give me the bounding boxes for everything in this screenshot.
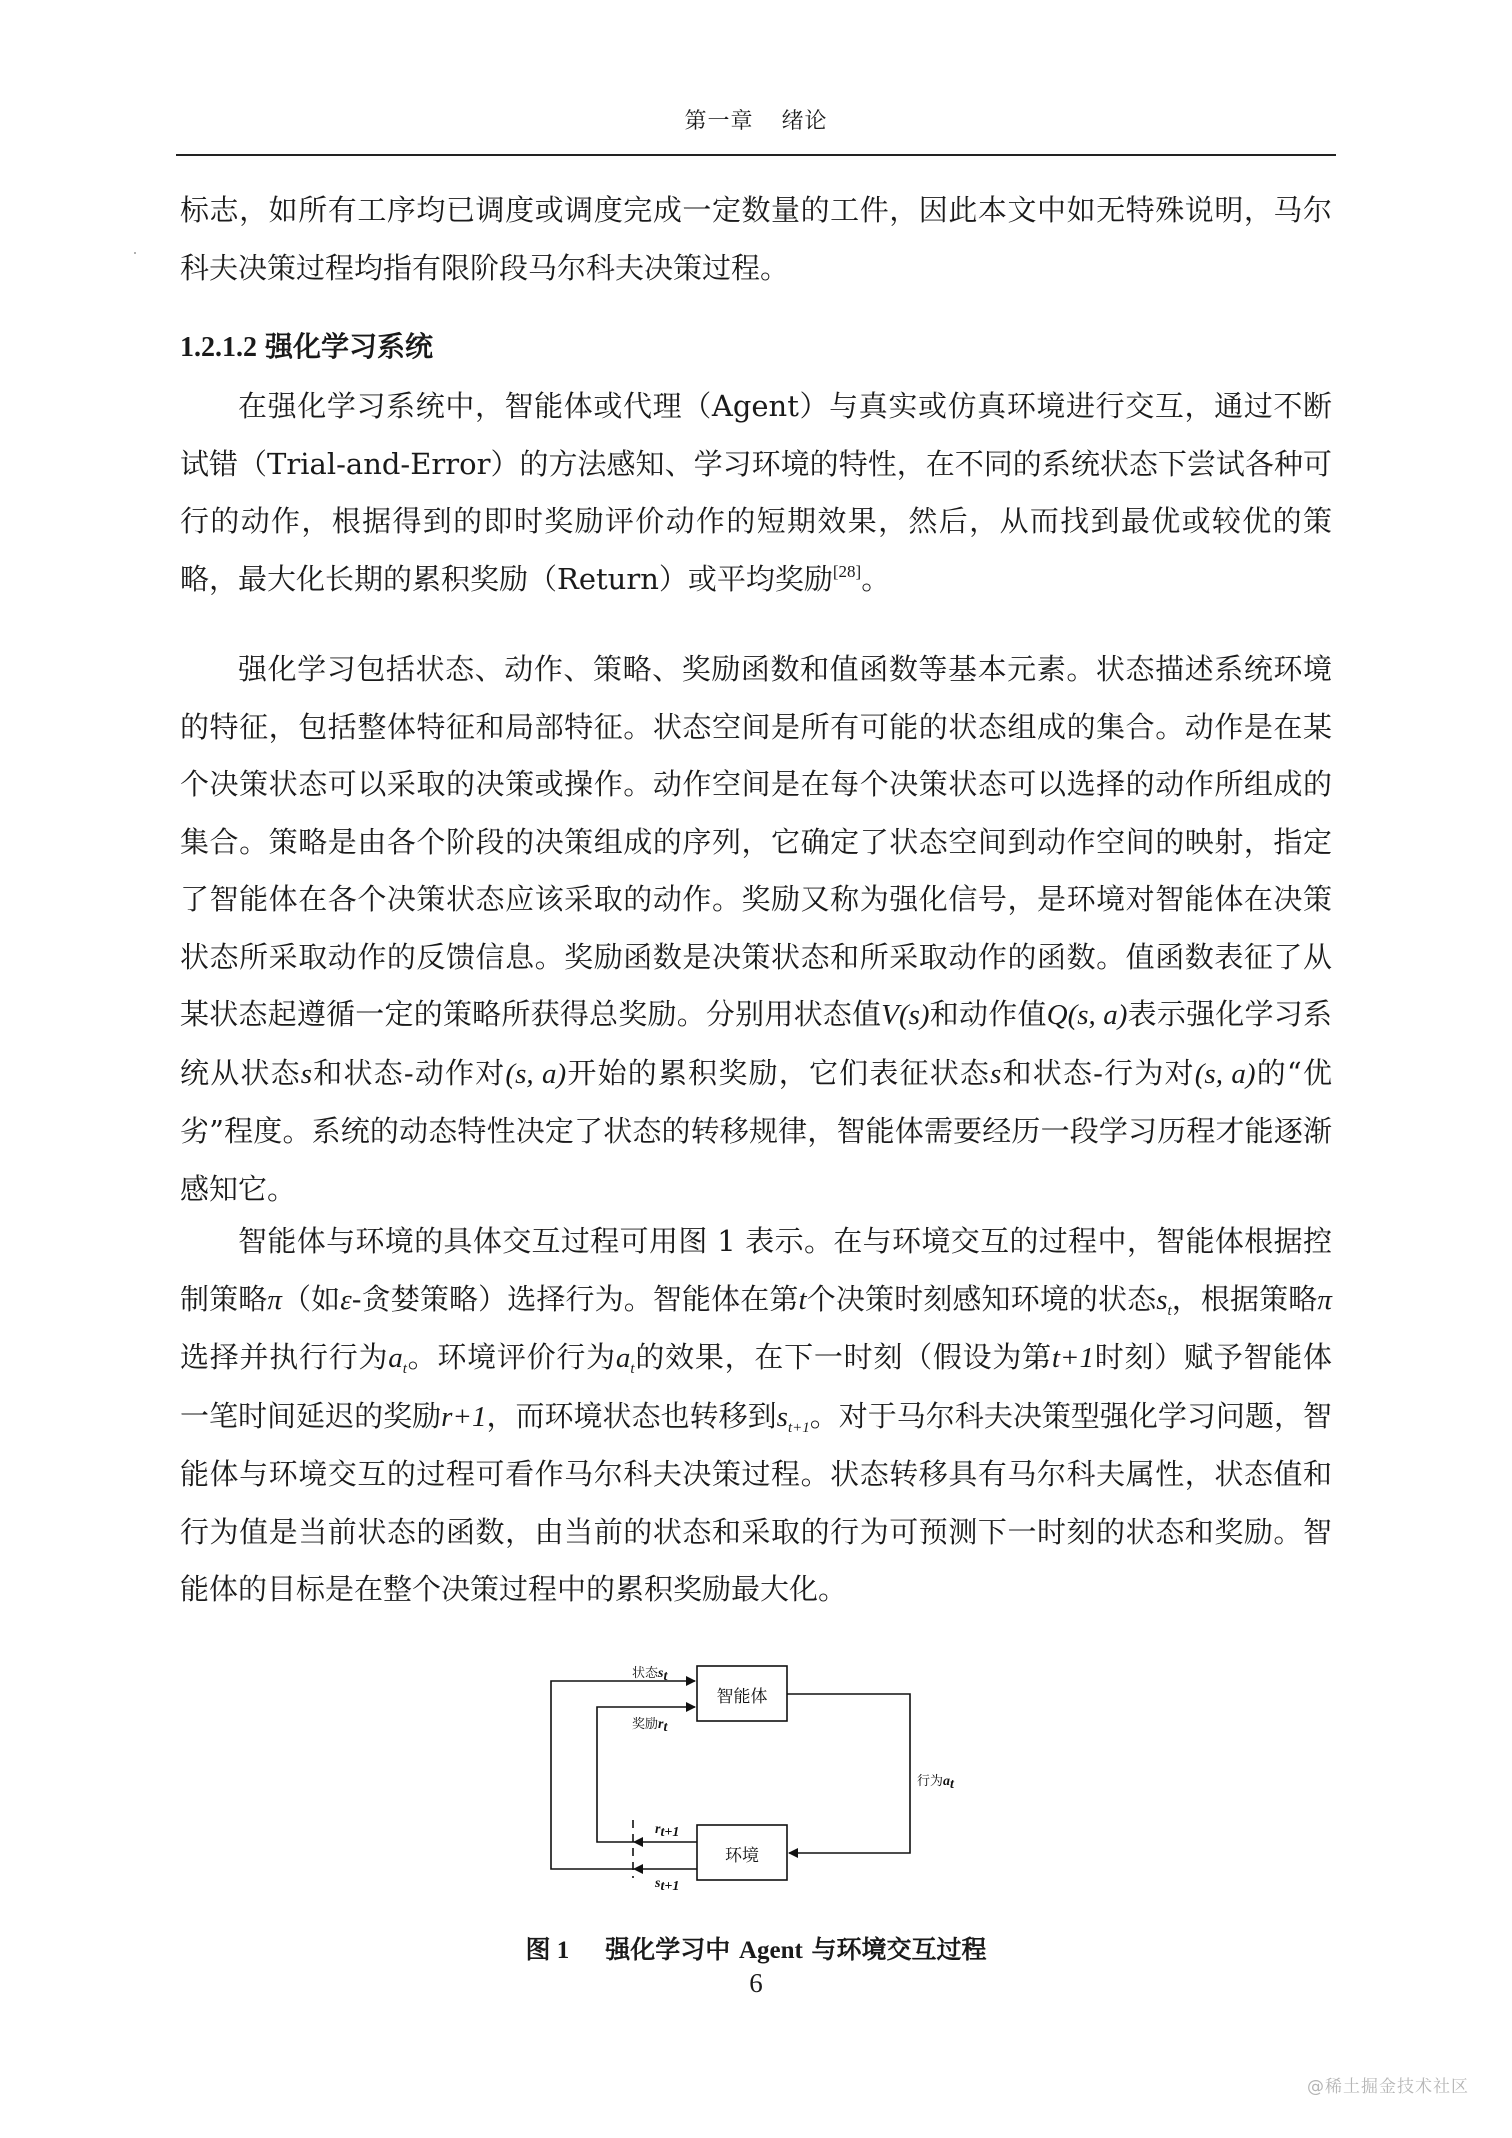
paragraph-text: 标志，如所有工序均已调度或调度完成一定数量的工件，因此本文中如无特殊说明，马尔科… (180, 182, 1332, 297)
caption-text: 强化学习中 (605, 1935, 730, 1964)
math-symbol: a (388, 1342, 403, 1374)
paragraph-text: 智能体与环境的具体交互过程可用图 1 表示。在与环境交互的过程中，智能体根据控制… (180, 1213, 1332, 1619)
environment-box (697, 1825, 787, 1880)
math-t: t (799, 1284, 807, 1316)
math-t-plus-1: t+1 (1052, 1342, 1094, 1374)
text-run: ，根据策略 (1172, 1282, 1318, 1316)
reward-arrow (597, 1707, 697, 1842)
math-symbol: a (616, 1342, 631, 1374)
math-symbol: s (1156, 1284, 1167, 1316)
math-state-value: V(s) (881, 999, 929, 1031)
figure-caption: 图 1强化学习中 Agent 与环境交互过程 (180, 1930, 1332, 1966)
section-number: 1.2.1.2 (180, 332, 257, 363)
math-epsilon: ε (340, 1284, 351, 1316)
math-r-plus-1: r+1 (441, 1401, 486, 1433)
math-a-t: at (616, 1342, 635, 1374)
text-run: 在强化学习系统中，智能体或代理（Agent）与真实或仿真环境进行交互，通过不断试… (180, 389, 1332, 596)
math-symbol: s (777, 1401, 788, 1433)
text-run: 和状态-动作对 (312, 1056, 505, 1090)
text-run: -贪婪策略）选择行为。智能体在第 (352, 1282, 799, 1316)
math-state-action-pair: (s, a) (505, 1058, 566, 1090)
paragraph-rl-system: 在强化学习系统中，智能体或代理（Agent）与真实或仿真环境进行交互，通过不断试… (180, 378, 1332, 608)
math-action-value: Q(s, a) (1047, 999, 1128, 1031)
action-label: 行为at (917, 1770, 954, 1790)
figure-number: 图 1 (525, 1937, 569, 1964)
text-run: ，而环境状态也转移到 (486, 1399, 776, 1433)
text-run: 个决策时刻感知环境的状态 (807, 1282, 1157, 1316)
running-header: 第一章绪论 (176, 104, 1336, 135)
paragraph-text: 强化学习包括状态、动作、策略、奖励函数和值函数等基本元素。状态描述系统环境的特征… (180, 641, 1332, 1218)
text-run: 选择并执行行为 (180, 1340, 388, 1374)
paragraph-text: 在强化学习系统中，智能体或代理（Agent）与真实或仿真环境进行交互，通过不断试… (180, 378, 1332, 608)
watermark: @稀土掘金技术社区 (1307, 2072, 1469, 2097)
next-reward-arrowhead (633, 1837, 643, 1847)
text-run: （如 (282, 1282, 340, 1316)
paragraph-rl-elements: 强化学习包括状态、动作、策略、奖励函数和值函数等基本元素。状态描述系统环境的特征… (180, 641, 1332, 1218)
paragraph-interaction: 智能体与环境的具体交互过程可用图 1 表示。在与环境交互的过程中，智能体根据控制… (180, 1213, 1332, 1619)
next-state-arrowhead (633, 1864, 643, 1874)
text-run: 和状态-行为对 (1001, 1056, 1194, 1090)
state-label: 状态st (632, 1662, 667, 1682)
environment-box-label: 环境 (697, 1841, 787, 1866)
math-s-t-plus-1: st+1 (777, 1401, 810, 1433)
text-run: 开始的累积奖励，它们表征状态 (566, 1056, 990, 1090)
math-state: s (990, 1058, 1001, 1090)
text-run: 的效果，在下一时刻（假设为第 (635, 1340, 1052, 1374)
reward-label: 奖励rt (632, 1713, 667, 1733)
header-rule (176, 154, 1336, 156)
math-pi: π (1317, 1284, 1332, 1316)
margin-speck (134, 252, 136, 254)
text-run: 强化学习包括状态、动作、策略、奖励函数和值函数等基本元素。状态描述系统环境的特征… (180, 652, 1332, 1031)
section-title: 强化学习系统 (265, 330, 433, 363)
math-a-t: at (388, 1342, 407, 1374)
agent-box-label: 智能体 (697, 1682, 787, 1707)
chapter-title: 绪论 (782, 109, 828, 134)
state-arrow (551, 1681, 697, 1869)
action-arrow (787, 1694, 910, 1853)
next-reward-label: rt+1 (655, 1822, 679, 1838)
text-run: 。 (861, 562, 890, 596)
agent-box (697, 1666, 787, 1721)
math-s-t: st (1156, 1284, 1171, 1316)
math-state: s (301, 1058, 312, 1090)
caption-text: 与环境交互过程 (812, 1935, 987, 1964)
math-state-action-pair: (s, a) (1195, 1058, 1256, 1090)
chapter-number: 第一章 (684, 109, 753, 134)
page-number: 6 (0, 1968, 1512, 1999)
text-run: 和动作值 (930, 997, 1047, 1031)
paragraph-continued: 标志，如所有工序均已调度或调度完成一定数量的工件，因此本文中如无特殊说明，马尔科… (180, 182, 1332, 297)
caption-text: Agent (739, 1937, 803, 1964)
text-run: 。环境评价行为 (407, 1340, 616, 1374)
citation-ref[interactable]: [28] (833, 562, 861, 581)
math-pi: π (267, 1284, 282, 1316)
math-subscript: t+1 (788, 1420, 810, 1436)
next-state-label: st+1 (655, 1876, 679, 1892)
section-heading: 1.2.1.2强化学习系统 (180, 322, 433, 373)
